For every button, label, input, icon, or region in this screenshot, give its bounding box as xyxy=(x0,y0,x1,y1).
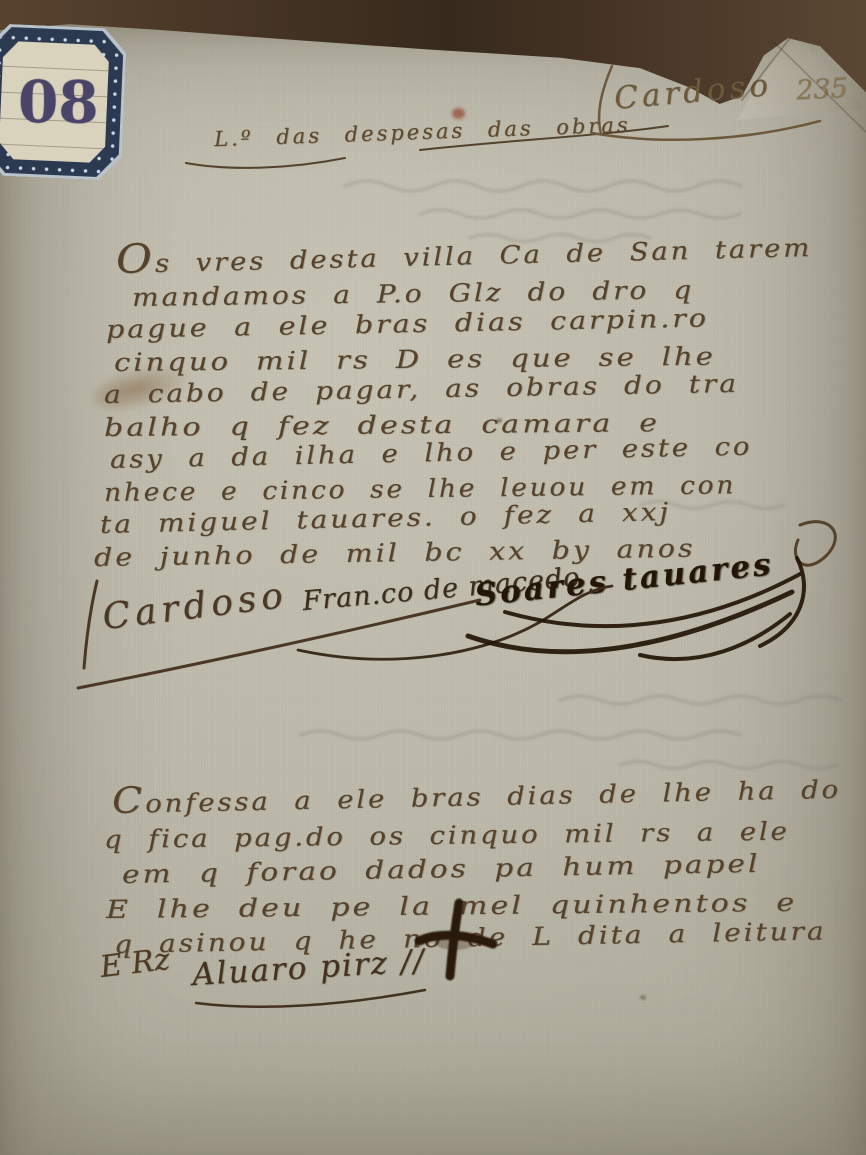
brown-blot-stain xyxy=(744,44,761,57)
paper-speck xyxy=(640,995,646,1000)
manuscript-photo: 08 235 Cardoso L.º das despesas das obra… xyxy=(0,0,866,1155)
archival-label-border: 08 xyxy=(0,26,124,178)
folio-number: 235 xyxy=(795,73,848,107)
paragraph-order-text: Os vres desta villa Ca de San tarem mand… xyxy=(104,244,749,574)
archival-label-field: 08 xyxy=(0,41,110,164)
red-speck-stain xyxy=(452,108,465,119)
paragraph-receipt-text: Confessa a ele bras dias de lhe ha do q … xyxy=(104,784,775,962)
archival-label-number: 08 xyxy=(18,68,107,137)
archival-label: 08 xyxy=(0,23,127,181)
